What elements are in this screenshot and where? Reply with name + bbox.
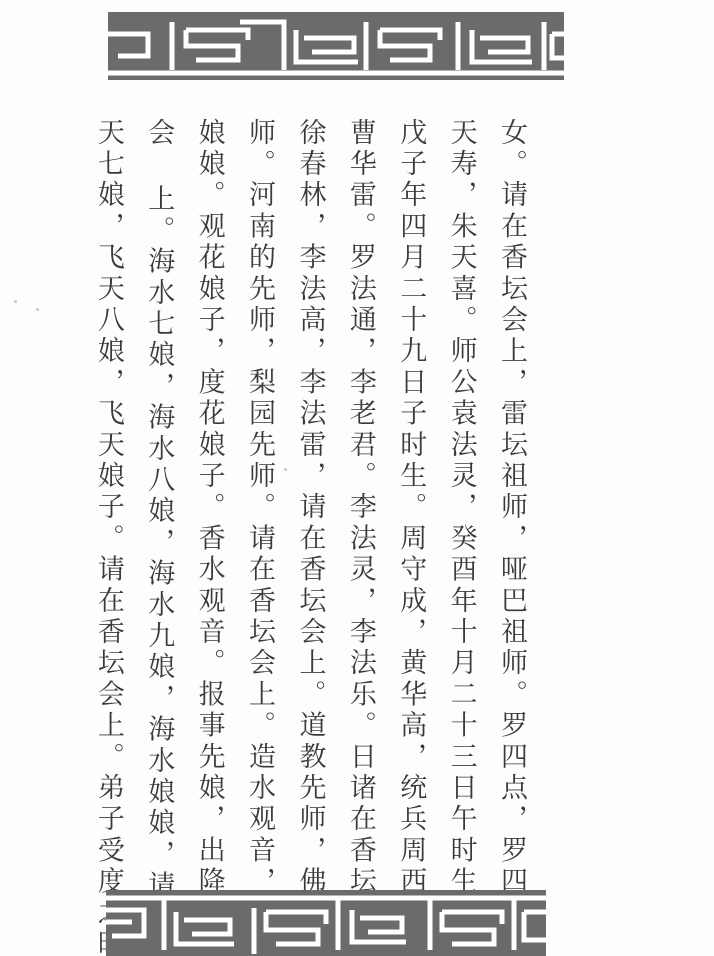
text-column-4: 曹华雷。罗法通，李老君。李法灵，李法乐。日诸在香坛会上。安坛祖师 xyxy=(334,118,384,858)
fret-pattern-icon xyxy=(106,884,546,956)
scanned-page: 女。请在香坛会上，雷坛祖师，哑巴祖师。罗四点，罗四台。朱天元，朱 天寿，朱天喜。… xyxy=(0,0,714,956)
text-column-7: 娘娘。观花娘子，度花娘子。香水观音。报事先娘，出降先娘。请在香坛 xyxy=(183,118,233,858)
fret-pattern-icon xyxy=(108,12,564,80)
vertical-text-body: 女。请在香坛会上，雷坛祖师，哑巴祖师。罗四点，罗四台。朱天元，朱 天寿，朱天喜。… xyxy=(82,118,536,858)
bottom-fret-border xyxy=(106,884,546,956)
text-column-6: 师。河南的先师，梨园先师。请在香坛会上。造水观音，分水观音。附水 xyxy=(234,118,284,858)
text-column-5: 徐春林，李法高，李法雷，请在香坛会上。道教先师，佛教先师，鲁班先 xyxy=(284,118,334,858)
top-fret-border xyxy=(108,12,564,80)
paper-speck xyxy=(454,598,457,601)
paper-speck xyxy=(36,308,39,311)
text-column-1: 女。请在香坛会上，雷坛祖师，哑巴祖师。罗四点，罗四台。朱天元，朱 xyxy=(486,118,536,858)
paper-speck xyxy=(284,468,287,471)
text-column-2: 天寿，朱天喜。师公袁法灵，癸酉年十月二十三日午时生。师祖马法灵， xyxy=(435,118,485,858)
text-column-3: 戊子年四月二十九日子时生。周守成，黄华高，统兵周西山。曹应 全， xyxy=(385,118,435,858)
text-column-8: 会 上。海水七娘，海水八娘，海水九娘，海水娘娘，请在香坛会上。飞 xyxy=(133,118,183,858)
paper-speck xyxy=(14,300,17,303)
text-column-9: 天七娘，飞天八娘，飞天娘子。请在香坛会上。弟子受度之时，带领四千 xyxy=(82,118,132,858)
